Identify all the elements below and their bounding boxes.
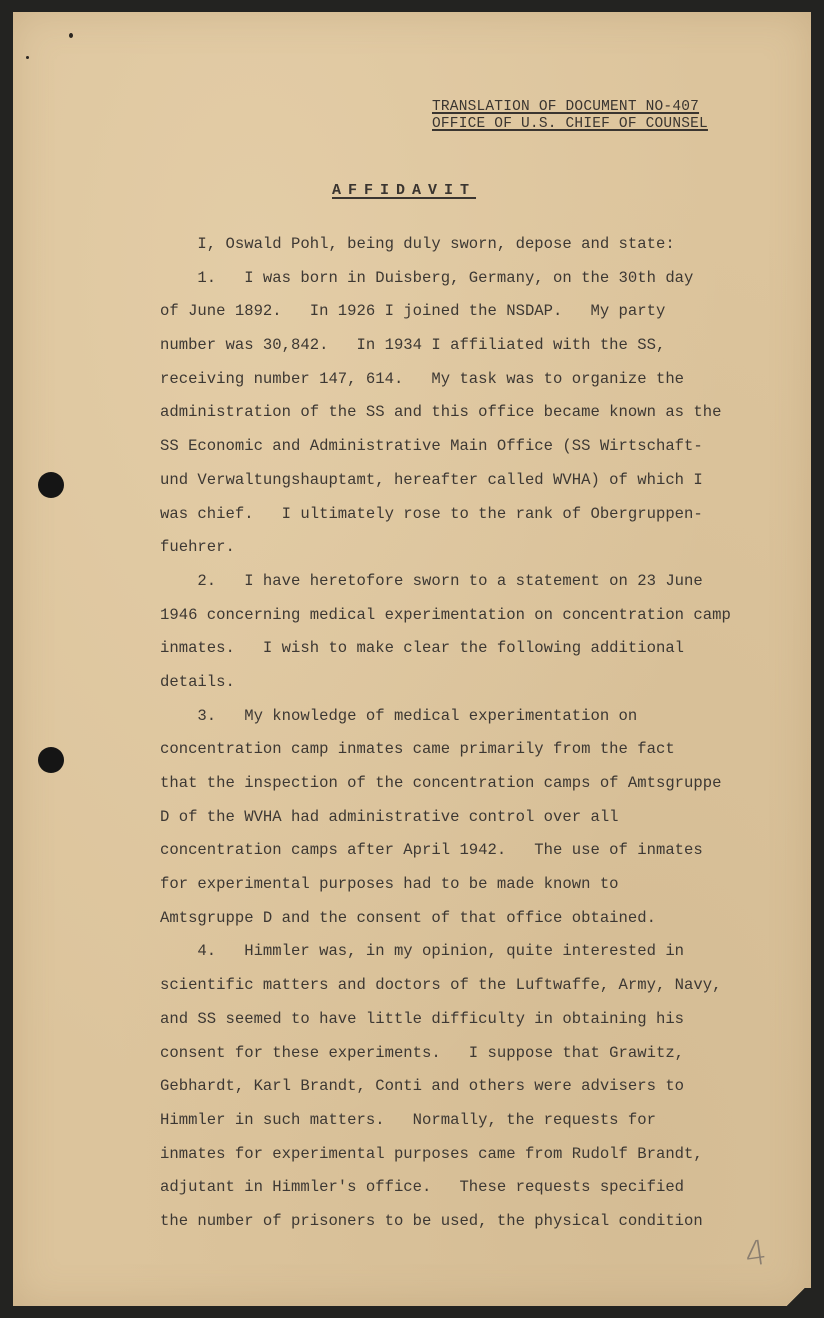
text-line: concentration camp inmates came primaril…: [160, 733, 780, 767]
text-line: was chief. I ultimately rose to the rank…: [160, 498, 780, 532]
header-office-line: OFFICE OF U.S. CHIEF OF COUNSEL: [432, 116, 708, 133]
text-line: consent for these experiments. I suppose…: [160, 1037, 780, 1071]
text-line: und Verwaltungshauptamt, hereafter calle…: [160, 464, 780, 498]
text-line: that the inspection of the concentration…: [160, 767, 780, 801]
paper-speck: [69, 33, 73, 38]
text-line: I, Oswald Pohl, being duly sworn, depose…: [160, 228, 780, 262]
punch-hole-lower: [38, 747, 64, 773]
handwritten-page-number: 4: [742, 1233, 769, 1276]
torn-corner: [781, 1288, 811, 1306]
text-line: Himmler in such matters. Normally, the r…: [160, 1104, 780, 1138]
text-line: 3. My knowledge of medical experimentati…: [160, 700, 780, 734]
scan-background: TRANSLATION OF DOCUMENT NO-407 OFFICE OF…: [0, 0, 824, 1318]
text-line: scientific matters and doctors of the Lu…: [160, 969, 780, 1003]
document-page: TRANSLATION OF DOCUMENT NO-407 OFFICE OF…: [13, 12, 811, 1306]
affidavit-body: I, Oswald Pohl, being duly sworn, depose…: [160, 228, 780, 1239]
text-line: details.: [160, 666, 780, 700]
text-line: inmates for experimental purposes came f…: [160, 1138, 780, 1172]
text-line: adjutant in Himmler's office. These requ…: [160, 1171, 780, 1205]
header-translation-line: TRANSLATION OF DOCUMENT NO-407: [432, 99, 708, 116]
text-line: the number of prisoners to be used, the …: [160, 1205, 780, 1239]
text-line: 2. I have heretofore sworn to a statemen…: [160, 565, 780, 599]
text-line: Amtsgruppe D and the consent of that off…: [160, 902, 780, 936]
text-line: inmates. I wish to make clear the follow…: [160, 632, 780, 666]
text-line: and SS seemed to have little difficulty …: [160, 1003, 780, 1037]
document-header: TRANSLATION OF DOCUMENT NO-407 OFFICE OF…: [432, 99, 708, 133]
text-line: SS Economic and Administrative Main Offi…: [160, 430, 780, 464]
text-line: for experimental purposes had to be made…: [160, 868, 780, 902]
document-title: AFFIDAVIT: [332, 182, 476, 199]
text-line: concentration camps after April 1942. Th…: [160, 834, 780, 868]
text-line: 4. Himmler was, in my opinion, quite int…: [160, 935, 780, 969]
text-line: 1946 concerning medical experimentation …: [160, 599, 780, 633]
text-line: administration of the SS and this office…: [160, 396, 780, 430]
text-line: of June 1892. In 1926 I joined the NSDAP…: [160, 295, 780, 329]
text-line: D of the WVHA had administrative control…: [160, 801, 780, 835]
text-line: receiving number 147, 614. My task was t…: [160, 363, 780, 397]
text-line: Gebhardt, Karl Brandt, Conti and others …: [160, 1070, 780, 1104]
text-line: number was 30,842. In 1934 I affiliated …: [160, 329, 780, 363]
paper-speck: [26, 56, 29, 59]
punch-hole-upper: [38, 472, 64, 498]
text-line: 1. I was born in Duisberg, Germany, on t…: [160, 262, 780, 296]
text-line: fuehrer.: [160, 531, 780, 565]
